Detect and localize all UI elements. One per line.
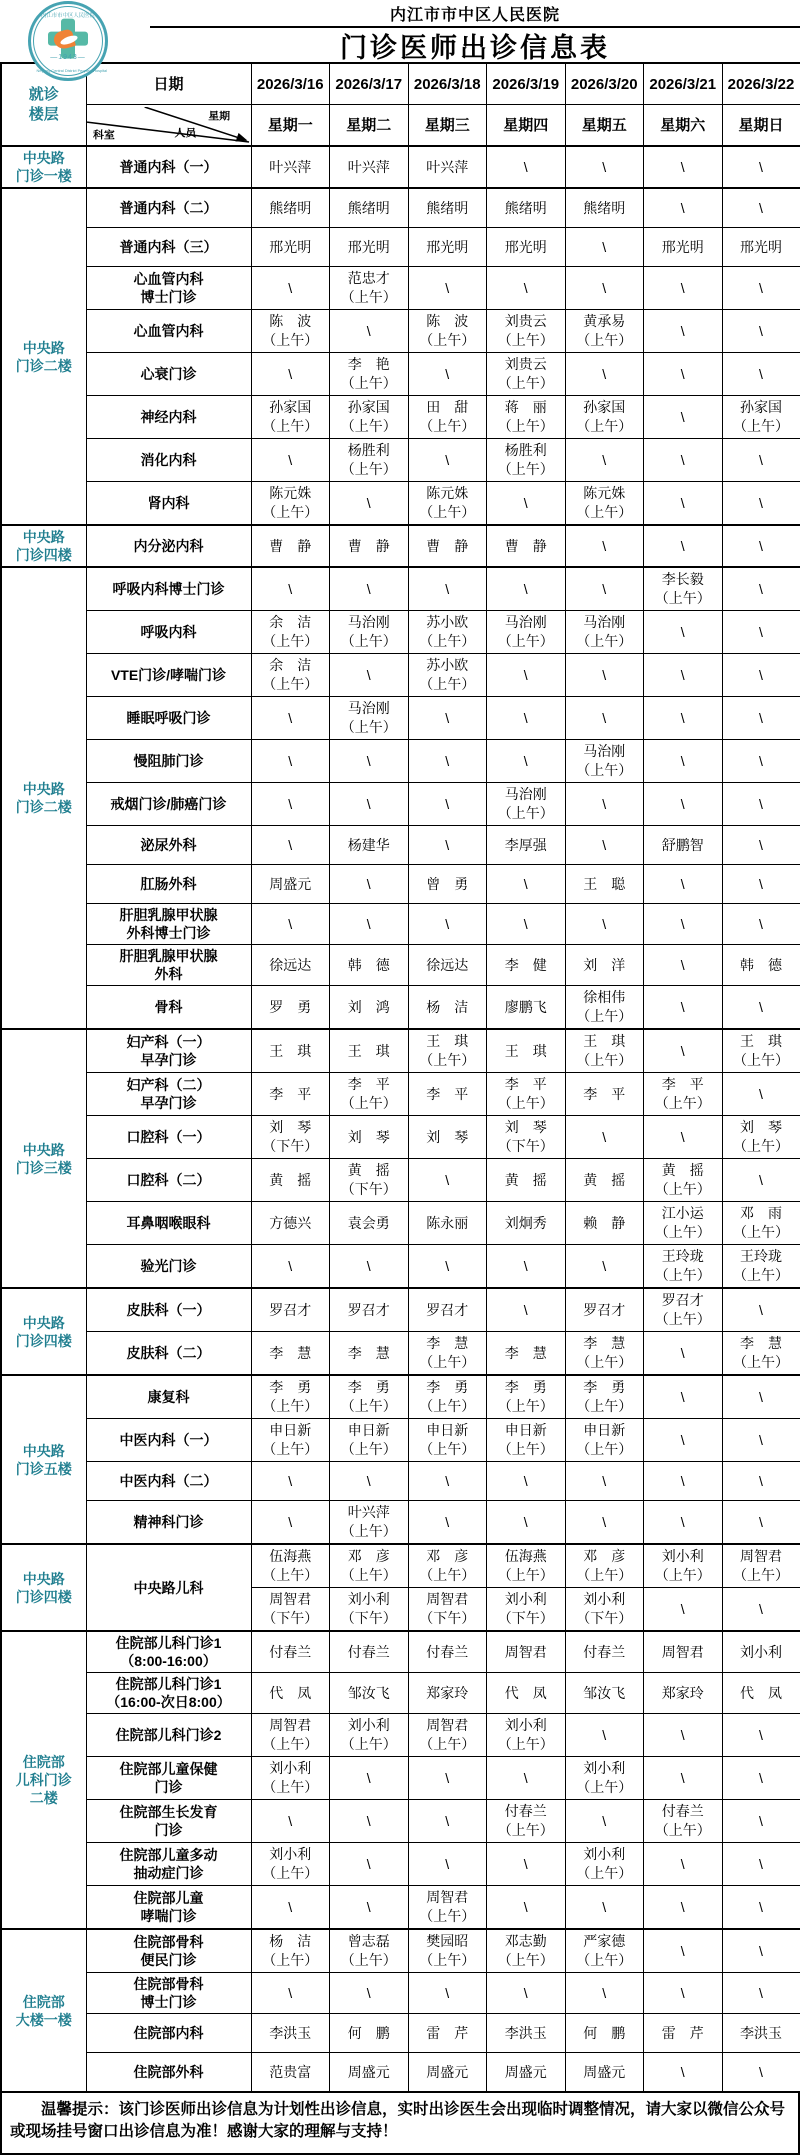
no-clinic-cell: \ [330,740,409,783]
doctor-cell: 孙家国 （上午） [251,396,330,439]
schedule-row: 中央路 门诊五楼康复科李 勇 （上午）李 勇 （上午）李 勇 （上午）李 勇 （… [1,1375,800,1419]
no-clinic-cell: \ [644,188,723,228]
department-label: 住院部外科 [86,2053,251,2093]
doctor-cell: 周智君 [644,1631,723,1673]
department-label: 慢阻肺门诊 [86,740,251,783]
department-label: 呼吸内科博士门诊 [86,567,251,611]
doctor-cell: 李 平 [408,1073,487,1116]
floor-label: 中央路 门诊四楼 [1,525,86,567]
department-label: 肛肠外科 [86,865,251,904]
no-clinic-cell: \ [722,1886,800,1930]
doctor-cell: 付春兰 [330,1631,409,1673]
schedule-row: 心血管内科陈 波 （上午）\陈 波 （上午）刘贵云 （上午）黄承易 （上午）\\ [1,310,800,353]
no-clinic-cell: \ [722,1375,800,1419]
no-clinic-cell: \ [251,567,330,611]
footer-note: 温馨提示：该门诊医师出诊信息为计划性出诊信息，实时出诊医生会出现临时调整情况，请… [0,2093,800,2155]
no-clinic-cell: \ [565,146,644,188]
doctor-cell: 李 平 [251,1073,330,1116]
doctor-cell: 邓志勤 （上午） [487,1929,566,1973]
no-clinic-cell: \ [330,783,409,826]
doctor-cell: 邢光明 [251,228,330,267]
doctor-cell: 熊绪明 [408,188,487,228]
schedule-row: 中央路 门诊二楼呼吸内科博士门诊\\\\\李长毅 （上午）\ [1,567,800,611]
doctor-cell: 李 平 （上午） [644,1073,723,1116]
schedule-row: 验光门诊\\\\\王玲珑 （上午）王玲珑 （上午） [1,1245,800,1289]
doctor-cell: 王 聪 [565,865,644,904]
no-clinic-cell: \ [722,1973,800,2014]
no-clinic-cell: \ [722,697,800,740]
no-clinic-cell: \ [487,1501,566,1545]
doctor-cell: 陈 波 （上午） [408,310,487,353]
no-clinic-cell: \ [251,1886,330,1930]
doctor-cell: 黄 摇 [487,1159,566,1202]
diagonal-week-label: 星期 [208,110,230,123]
schedule-row: 骨科罗 勇刘 鸿杨 洁廖鹏飞徐相伟 （上午）\\ [1,986,800,1030]
doctor-cell: 李 慧 （上午） [408,1332,487,1376]
doctor-cell: 李洪玉 [722,2014,800,2053]
no-clinic-cell: \ [408,267,487,310]
doctor-cell: 罗召才 （上午） [644,1288,723,1332]
no-clinic-cell: \ [565,1501,644,1545]
no-clinic-cell: \ [644,1973,723,2014]
no-clinic-cell: \ [565,1973,644,2014]
no-clinic-cell: \ [251,826,330,865]
doctor-cell: 邓 雨 （上午） [722,1202,800,1245]
department-label: 骨科 [86,986,251,1030]
no-clinic-cell: \ [722,1462,800,1501]
schedule-row: 中医内科（二）\\\\\\\ [1,1462,800,1501]
doctor-cell: 王 琪 [330,1029,409,1073]
no-clinic-cell: \ [565,228,644,267]
doctor-cell: 邢光明 [408,228,487,267]
doctor-cell: 周智君 （上午） [722,1544,800,1588]
no-clinic-cell: \ [722,482,800,526]
doctor-cell: 韩 德 [330,945,409,986]
department-label: 口腔科（一） [86,1116,251,1159]
no-clinic-cell: \ [330,865,409,904]
no-clinic-cell: \ [408,1757,487,1800]
no-clinic-cell: \ [644,697,723,740]
doctor-cell: 刘小利 （上午） [565,1757,644,1800]
doctor-cell: 雷 芹 [644,2014,723,2053]
doctor-cell: 雷 芹 [408,2014,487,2053]
schedule-row: 口腔科（二）黄 摇黄 摇 （下午）\黄 摇黄 摇黄 摇 （上午）\ [1,1159,800,1202]
no-clinic-cell: \ [644,525,723,567]
no-clinic-cell: \ [408,1973,487,2014]
schedule-row: 普通内科（三）邢光明邢光明邢光明邢光明\邢光明邢光明 [1,228,800,267]
doctor-cell: 申日新 （上午） [487,1419,566,1462]
schedule-row: 肝胆乳腺甲状腺 外科徐远达韩 德徐远达李 健刘 洋\韩 德 [1,945,800,986]
no-clinic-cell: \ [722,826,800,865]
floor-label: 中央路 门诊一楼 [1,146,86,188]
no-clinic-cell: \ [330,1843,409,1886]
no-clinic-cell: \ [408,740,487,783]
doctor-cell: 李 慧 [251,1332,330,1376]
doctor-cell: 代 凤 [251,1673,330,1714]
no-clinic-cell: \ [722,1843,800,1886]
schedule-row: 住院部骨科 博士门诊\\\\\\\ [1,1973,800,2014]
diagonal-header-cell: 科室 人员 星期 [86,105,251,147]
no-clinic-cell: \ [722,1501,800,1545]
doctor-cell: 孙家国 （上午） [565,396,644,439]
floor-label: 中央路 门诊五楼 [1,1375,86,1544]
doctor-cell: 刘小利 [722,1631,800,1673]
no-clinic-cell: \ [722,1073,800,1116]
doctor-cell: 杨 洁 （上午） [251,1929,330,1973]
hospital-name-row: 内江市市中区人民医院 [150,0,800,28]
no-clinic-cell: \ [644,1588,723,1632]
doctor-cell: 李 慧 （上午） [722,1332,800,1376]
doctor-cell: 罗召才 [330,1288,409,1332]
no-clinic-cell: \ [408,567,487,611]
schedule-row: 住院部 儿科门诊 二楼住院部儿科门诊1 （8:00-16:00）付春兰付春兰付春… [1,1631,800,1673]
no-clinic-cell: \ [565,1116,644,1159]
department-label: 内分泌内科 [86,525,251,567]
doctor-cell: 何 鹏 [565,2014,644,2053]
doctor-cell: 叶兴萍 （上午） [330,1501,409,1545]
no-clinic-cell: \ [408,1245,487,1289]
doctor-cell: 李长毅 （上午） [644,567,723,611]
date-header: 2026/3/22 [722,63,800,105]
doctor-cell: 李 艳 （上午） [330,353,409,396]
doctor-cell: 徐相伟 （上午） [565,986,644,1030]
no-clinic-cell: \ [487,567,566,611]
no-clinic-cell: \ [251,439,330,482]
no-clinic-cell: \ [487,654,566,697]
no-clinic-cell: \ [565,1245,644,1289]
no-clinic-cell: \ [644,945,723,986]
doctor-cell: 陈 波 （上午） [251,310,330,353]
doctor-cell: 苏小欧 （上午） [408,611,487,654]
floor-label: 中央路 门诊二楼 [1,567,86,1029]
doctor-cell: 黄 摇 （下午） [330,1159,409,1202]
floor-label: 中央路 门诊二楼 [1,188,86,525]
schedule-row: 住院部儿童保健 门诊刘小利 （上午）\\\刘小利 （上午）\\ [1,1757,800,1800]
no-clinic-cell: \ [722,525,800,567]
doctor-cell: 曹 静 [330,525,409,567]
doctor-cell: 刘 琴 [408,1116,487,1159]
doctor-cell: 李 勇 （上午） [251,1375,330,1419]
doctor-cell: 李 慧 （上午） [565,1332,644,1376]
department-label: 肾内科 [86,482,251,526]
department-label: 住院部儿童 哮喘门诊 [86,1886,251,1930]
doctor-cell: 曹 静 [251,525,330,567]
schedule-row: 肝胆乳腺甲状腺 外科博士门诊\\\\\\\ [1,904,800,945]
weekday-header: 星期二 [330,105,409,147]
doctor-cell: 邓 彦 （上午） [565,1544,644,1588]
no-clinic-cell: \ [644,267,723,310]
doctor-cell: 刘小利 （上午） [251,1757,330,1800]
doctor-cell: 罗 勇 [251,986,330,1030]
doctor-cell: 田 甜 （上午） [408,396,487,439]
doctor-cell: 王玲珑 （上午） [722,1245,800,1289]
doctor-cell: 叶兴萍 [330,146,409,188]
schedule-row: 神经内科孙家国 （上午）孙家国 （上午）田 甜 （上午）蒋 丽 （上午）孙家国 … [1,396,800,439]
doctor-cell: 伍海燕 （上午） [251,1544,330,1588]
schedule-row: 住院部儿童 哮喘门诊\\周智君 （上午）\\\\ [1,1886,800,1930]
schedule-row: 慢阻肺门诊\\\\马治刚 （上午）\\ [1,740,800,783]
doctor-cell: 申日新 （上午） [330,1419,409,1462]
doctor-cell: 廖鹏飞 [487,986,566,1030]
no-clinic-cell: \ [644,1332,723,1376]
schedule-row: 睡眠呼吸门诊\马治刚 （上午）\\\\\ [1,697,800,740]
doctor-cell: 马治刚 （上午） [330,611,409,654]
schedule-row: 妇产科（二） 早孕门诊李 平李 平 （上午）李 平李 平 （上午）李 平李 平 … [1,1073,800,1116]
department-label: 皮肤科（一） [86,1288,251,1332]
floor-label: 住院部 儿科门诊 二楼 [1,1631,86,1929]
no-clinic-cell: \ [487,697,566,740]
doctor-cell: 刘小利 （上午） [330,1714,409,1757]
doctor-cell: 何 鹏 [330,2014,409,2053]
no-clinic-cell: \ [408,904,487,945]
department-label: 验光门诊 [86,1245,251,1289]
no-clinic-cell: \ [408,1800,487,1843]
no-clinic-cell: \ [565,1714,644,1757]
doctor-cell: 孙家国 （上午） [722,396,800,439]
department-label: 中央路儿科 [86,1544,251,1631]
weekday-header: 星期日 [722,105,800,147]
no-clinic-cell: \ [644,740,723,783]
no-clinic-cell: \ [722,611,800,654]
floor-label: 中央路 门诊四楼 [1,1544,86,1631]
diagonal-dept-label: 科室 [91,129,114,142]
weekday-header: 星期六 [644,105,723,147]
schedule-row: 住院部儿科门诊2周智君 （上午）刘小利 （上午）周智君 （上午）刘小利 （上午）… [1,1714,800,1757]
department-label: 心衰门诊 [86,353,251,396]
doctor-cell: 严家德 （上午） [565,1929,644,1973]
no-clinic-cell: \ [330,1462,409,1501]
schedule-row: 心血管内科 博士门诊\范忠才 （上午）\\\\\ [1,267,800,310]
doctor-cell: 赖 静 [565,1202,644,1245]
no-clinic-cell: \ [251,904,330,945]
doctor-cell: 方德兴 [251,1202,330,1245]
no-clinic-cell: \ [251,1501,330,1545]
no-clinic-cell: \ [330,654,409,697]
no-clinic-cell: \ [644,439,723,482]
department-label: 住院部儿童保健 门诊 [86,1757,251,1800]
doctor-cell: 杨建华 [330,826,409,865]
no-clinic-cell: \ [644,1886,723,1930]
no-clinic-cell: \ [330,1886,409,1930]
no-clinic-cell: \ [644,353,723,396]
no-clinic-cell: \ [330,1800,409,1843]
doctor-cell: 韩 德 [722,945,800,986]
department-label: 消化内科 [86,439,251,482]
no-clinic-cell: \ [722,2053,800,2093]
no-clinic-cell: \ [644,654,723,697]
doctor-cell: 王 琪 （上午） [565,1029,644,1073]
no-clinic-cell: \ [644,611,723,654]
no-clinic-cell: \ [408,1843,487,1886]
doctor-cell: 刘 鸿 [330,986,409,1030]
department-label: 呼吸内科 [86,611,251,654]
weekday-header: 星期四 [487,105,566,147]
no-clinic-cell: \ [251,740,330,783]
department-label: 住院部儿童多动 抽动症门诊 [86,1843,251,1886]
doctor-cell: 刘 琴 （下午） [251,1116,330,1159]
no-clinic-cell: \ [330,310,409,353]
no-clinic-cell: \ [251,1245,330,1289]
no-clinic-cell: \ [644,865,723,904]
schedule-row: 住院部儿科门诊1 （16:00-次日8:00）代 凤邹汝飞郑家玲代 凤邹汝飞郑家… [1,1673,800,1714]
no-clinic-cell: \ [408,1159,487,1202]
doctor-cell: 马治刚 （上午） [487,611,566,654]
doctor-cell: 黄 摇 （上午） [644,1159,723,1202]
schedule-row: 口腔科（一）刘 琴 （下午）刘 琴刘 琴刘 琴 （下午）\\刘 琴 （上午） [1,1116,800,1159]
schedule-row: 中央路 门诊二楼普通内科（二）熊绪明熊绪明熊绪明熊绪明熊绪明\\ [1,188,800,228]
doctor-cell: 刘小利 （上午） [251,1843,330,1886]
no-clinic-cell: \ [408,1501,487,1545]
no-clinic-cell: \ [487,267,566,310]
no-clinic-cell: \ [644,396,723,439]
department-label: 普通内科（二） [86,188,251,228]
no-clinic-cell: \ [565,783,644,826]
doctor-cell: 李 勇 （上午） [408,1375,487,1419]
no-clinic-cell: \ [722,865,800,904]
no-clinic-cell: \ [644,1757,723,1800]
no-clinic-cell: \ [644,1029,723,1073]
doctor-cell: 曹 静 [408,525,487,567]
doctor-cell: 刘小利 （下午） [487,1588,566,1632]
schedule-row: 住院部内科李洪玉何 鹏雷 芹李洪玉何 鹏雷 芹李洪玉 [1,2014,800,2053]
schedule-row: 中央路 门诊一楼普通内科（一）叶兴萍叶兴萍叶兴萍\\\\ [1,146,800,188]
department-label: 肝胆乳腺甲状腺 外科博士门诊 [86,904,251,945]
no-clinic-cell: \ [408,439,487,482]
no-clinic-cell: \ [644,310,723,353]
department-label: 心血管内科 博士门诊 [86,267,251,310]
no-clinic-cell: \ [644,1462,723,1501]
doctor-cell: 周盛元 [565,2053,644,2093]
no-clinic-cell: \ [722,310,800,353]
no-clinic-cell: \ [644,986,723,1030]
doctor-cell: 李 慧 [330,1332,409,1376]
no-clinic-cell: \ [722,986,800,1030]
no-clinic-cell: \ [251,1462,330,1501]
doctor-cell: 杨胜利 （上午） [487,439,566,482]
doctor-cell: 罗召才 [408,1288,487,1332]
department-label: 皮肤科（二） [86,1332,251,1376]
doctor-cell: 刘小利 （上午） [487,1714,566,1757]
doctor-cell: 刘炯秀 [487,1202,566,1245]
department-label: 住院部骨科 博士门诊 [86,1973,251,2014]
no-clinic-cell: \ [644,146,723,188]
no-clinic-cell: \ [722,146,800,188]
doctor-cell: 徐远达 [408,945,487,986]
schedule-row: 耳鼻咽喉眼科方德兴袁会勇陈永丽刘炯秀赖 静江小运 （上午）邓 雨 （上午） [1,1202,800,1245]
no-clinic-cell: \ [251,267,330,310]
doctor-cell: 余 洁 （上午） [251,654,330,697]
no-clinic-cell: \ [487,482,566,526]
department-label: 住院部骨科 便民门诊 [86,1929,251,1973]
doctor-cell: 熊绪明 [330,188,409,228]
no-clinic-cell: \ [722,783,800,826]
doctor-cell: 王玲珑 （上午） [644,1245,723,1289]
doctor-cell: 王 琪 （上午） [722,1029,800,1073]
no-clinic-cell: \ [487,1288,566,1332]
doctor-cell: 陈元姝 （上午） [408,482,487,526]
doctor-cell: 李 平 （上午） [487,1073,566,1116]
doctor-cell: 江小运 （上午） [644,1202,723,1245]
schedule-row: 中医内科（一）申日新 （上午）申日新 （上午）申日新 （上午）申日新 （上午）申… [1,1419,800,1462]
doctor-cell: 周盛元 [487,2053,566,2093]
doctor-cell: 王 琪 [487,1029,566,1073]
doctor-cell: 叶兴萍 [251,146,330,188]
doctor-cell: 舒鹏智 [644,826,723,865]
no-clinic-cell: \ [644,1501,723,1545]
schedule-row: VTE门诊/哮喘门诊余 洁 （上午）\苏小欧 （上午）\\\\ [1,654,800,697]
no-clinic-cell: \ [722,353,800,396]
floor-label: 中央路 门诊四楼 [1,1288,86,1375]
date-header: 2026/3/19 [487,63,566,105]
department-label: 戒烟门诊/肺癌门诊 [86,783,251,826]
page-header: 内江市市中区人民医院 —1943— Neijiang Central Distr… [0,0,800,62]
doctor-cell: 杨 洁 [408,986,487,1030]
schedule-row: 住院部儿童多动 抽动症门诊刘小利 （上午）\\\刘小利 （上午）\\ [1,1843,800,1886]
doctor-cell: 刘 洋 [565,945,644,986]
no-clinic-cell: \ [644,2053,723,2093]
schedule-row: 中央路 门诊三楼妇产科（一） 早孕门诊王 琪王 琪王 琪 （上午）王 琪王 琪 … [1,1029,800,1073]
doctor-cell: 申日新 （上午） [565,1419,644,1462]
no-clinic-cell: \ [644,783,723,826]
no-clinic-cell: \ [251,1973,330,2014]
schedule-row: 呼吸内科余 洁 （上午）马治刚 （上午）苏小欧 （上午）马治刚 （上午）马治刚 … [1,611,800,654]
department-label: 中医内科（一） [86,1419,251,1462]
no-clinic-cell: \ [251,1800,330,1843]
weekday-header: 星期五 [565,105,644,147]
no-clinic-cell: \ [487,1245,566,1289]
doctor-cell: 伍海燕 （上午） [487,1544,566,1588]
no-clinic-cell: \ [487,740,566,783]
doctor-cell: 周智君 （下午） [251,1588,330,1632]
department-label: 康复科 [86,1375,251,1419]
schedule-row: 肾内科陈元姝 （上午）\陈元姝 （上午）\陈元姝 （上午）\\ [1,482,800,526]
doctor-cell: 付春兰 [565,1631,644,1673]
department-label: 住院部内科 [86,2014,251,2053]
doctor-cell: 李洪玉 [487,2014,566,2053]
doctor-cell: 李洪玉 [251,2014,330,2053]
doctor-cell: 刘贵云 （上午） [487,353,566,396]
doctor-cell: 邢光明 [330,228,409,267]
doctor-cell: 曾 勇 [408,865,487,904]
no-clinic-cell: \ [644,904,723,945]
doctor-cell: 陈永丽 [408,1202,487,1245]
doctor-cell: 李 慧 [487,1332,566,1376]
no-clinic-cell: \ [330,482,409,526]
no-clinic-cell: \ [722,654,800,697]
doctor-cell: 马治刚 （上午） [565,611,644,654]
doctor-cell: 李 平 （上午） [330,1073,409,1116]
no-clinic-cell: \ [330,567,409,611]
doctor-cell: 范忠才 （上午） [330,267,409,310]
schedule-row: 住院部 大楼一楼住院部骨科 便民门诊杨 洁 （上午）曾志磊 （上午）樊园昭 （上… [1,1929,800,1973]
no-clinic-cell: \ [722,567,800,611]
weekday-header: 星期三 [408,105,487,147]
no-clinic-cell: \ [644,1714,723,1757]
doctor-cell: 马治刚 （上午） [565,740,644,783]
date-header: 2026/3/17 [330,63,409,105]
no-clinic-cell: \ [565,567,644,611]
no-clinic-cell: \ [722,267,800,310]
schedule-row: 心衰门诊\李 艳 （上午）\刘贵云 （上午）\\\ [1,353,800,396]
doctor-cell: 王 琪 （上午） [408,1029,487,1073]
doctor-cell: 李厚强 [487,826,566,865]
date-label-header: 日期 [86,63,251,105]
doctor-cell: 李 勇 （上午） [330,1375,409,1419]
no-clinic-cell: \ [644,1843,723,1886]
no-clinic-cell: \ [722,1419,800,1462]
doctor-cell: 马治刚 （上午） [487,783,566,826]
no-clinic-cell: \ [487,1843,566,1886]
